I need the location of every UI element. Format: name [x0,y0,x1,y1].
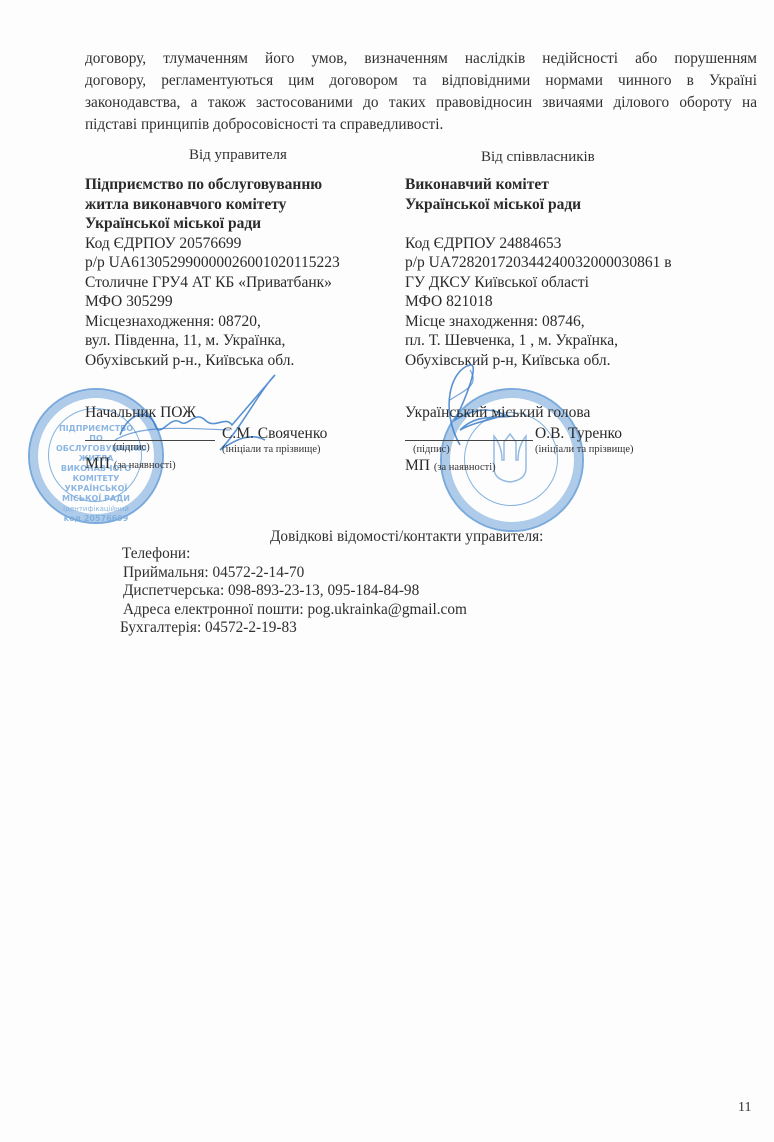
coowners-signature-line [405,440,533,441]
manager-name-line: житла виконавчого комітету [85,195,405,215]
paragraph-line: підставі принципів добросовісності та сп… [85,114,757,136]
coowners-address-line: Місце знаходження: 08746, [405,312,745,332]
manager-address-line: Місцезнаходження: 08720, [85,312,405,332]
manager-position: Начальник ПОЖ [85,404,196,422]
coowners-name-line: Української міської ради [405,195,745,215]
coowners-name-line: Виконавчий комітет [405,175,745,195]
page-number: 11 [738,1100,751,1116]
manager-signatory: С.М. Свояченко [222,425,327,443]
coowners-heading: Від співвласників [481,149,595,166]
coowners-mfo: МФО 821018 [405,292,745,312]
manager-address-line: вул. Південна, 11, м. Українка, [85,331,405,351]
coowners-edrpou: Код ЄДРПОУ 24884653 [405,234,745,254]
manager-name-line: Української міської ради [85,214,405,234]
coowners-bank: ГУ ДКСУ Київської області [405,273,745,293]
paragraph-line: законодавства, а також застосованими до … [85,92,757,114]
paragraph-line: договору, регламентуються цим договором … [85,70,757,92]
contacts-phones-label: Телефони: [120,545,467,564]
manager-requisites: Підприємство по обслуговуванню житла вик… [85,175,405,370]
manager-address-line: Обухівський р-н., Київська обл. [85,351,405,371]
paragraph-line: договору, тлумаченням його умов, визначе… [85,48,757,70]
manager-mfo: МФО 305299 [85,292,405,312]
manager-signature-line [85,440,215,441]
coowners-signatory: О.В. Туренко [535,425,622,443]
contacts-email: Адреса електронної пошти: pog.ukrainka@g… [120,601,467,620]
coowners-position: Український міський голова [405,404,590,422]
coowners-signature-caption: (підпис) [413,444,450,455]
contacts-dispatch: Диспетчерська: 098-893-23-13, 095-184-84… [120,582,467,601]
coowners-seal-label: МП (за наявності) [405,457,496,475]
manager-signature-caption: (підпис) [113,442,150,453]
coowners-address-line: пл. Т. Шевченка, 1 , м. Українка, [405,331,745,351]
manager-name-caption: (ініціали та прізвище) [222,444,320,455]
coowners-account: р/р UA728201720344240032000030861 в [405,253,745,273]
contacts-heading: Довідкові відомості/контакти управителя: [270,528,543,547]
contract-paragraph: договору, тлумаченням його умов, визначе… [85,48,757,136]
manager-bank: Столичне ГРУ4 АТ КБ «Приватбанк» [85,273,405,293]
manager-account: р/р UA613052990000026001020115223 [85,253,405,273]
manager-name-line: Підприємство по обслуговуванню [85,175,405,195]
manager-edrpou: Код ЄДРПОУ 20576699 [85,234,405,254]
contacts-list: Телефони: Приймальня: 04572-2-14-70 Дисп… [120,545,467,638]
coowners-requisites: Виконавчий комітет Української міської р… [405,175,745,370]
manager-heading: Від управителя [189,147,287,164]
contacts-accounting: Бухгалтерія: 04572-2-19-83 [120,619,467,638]
coowners-name-caption: (ініціали та прізвище) [535,444,633,455]
contacts-reception: Приймальня: 04572-2-14-70 [120,564,467,583]
manager-seal-label: МП (за наявності) [85,455,176,473]
